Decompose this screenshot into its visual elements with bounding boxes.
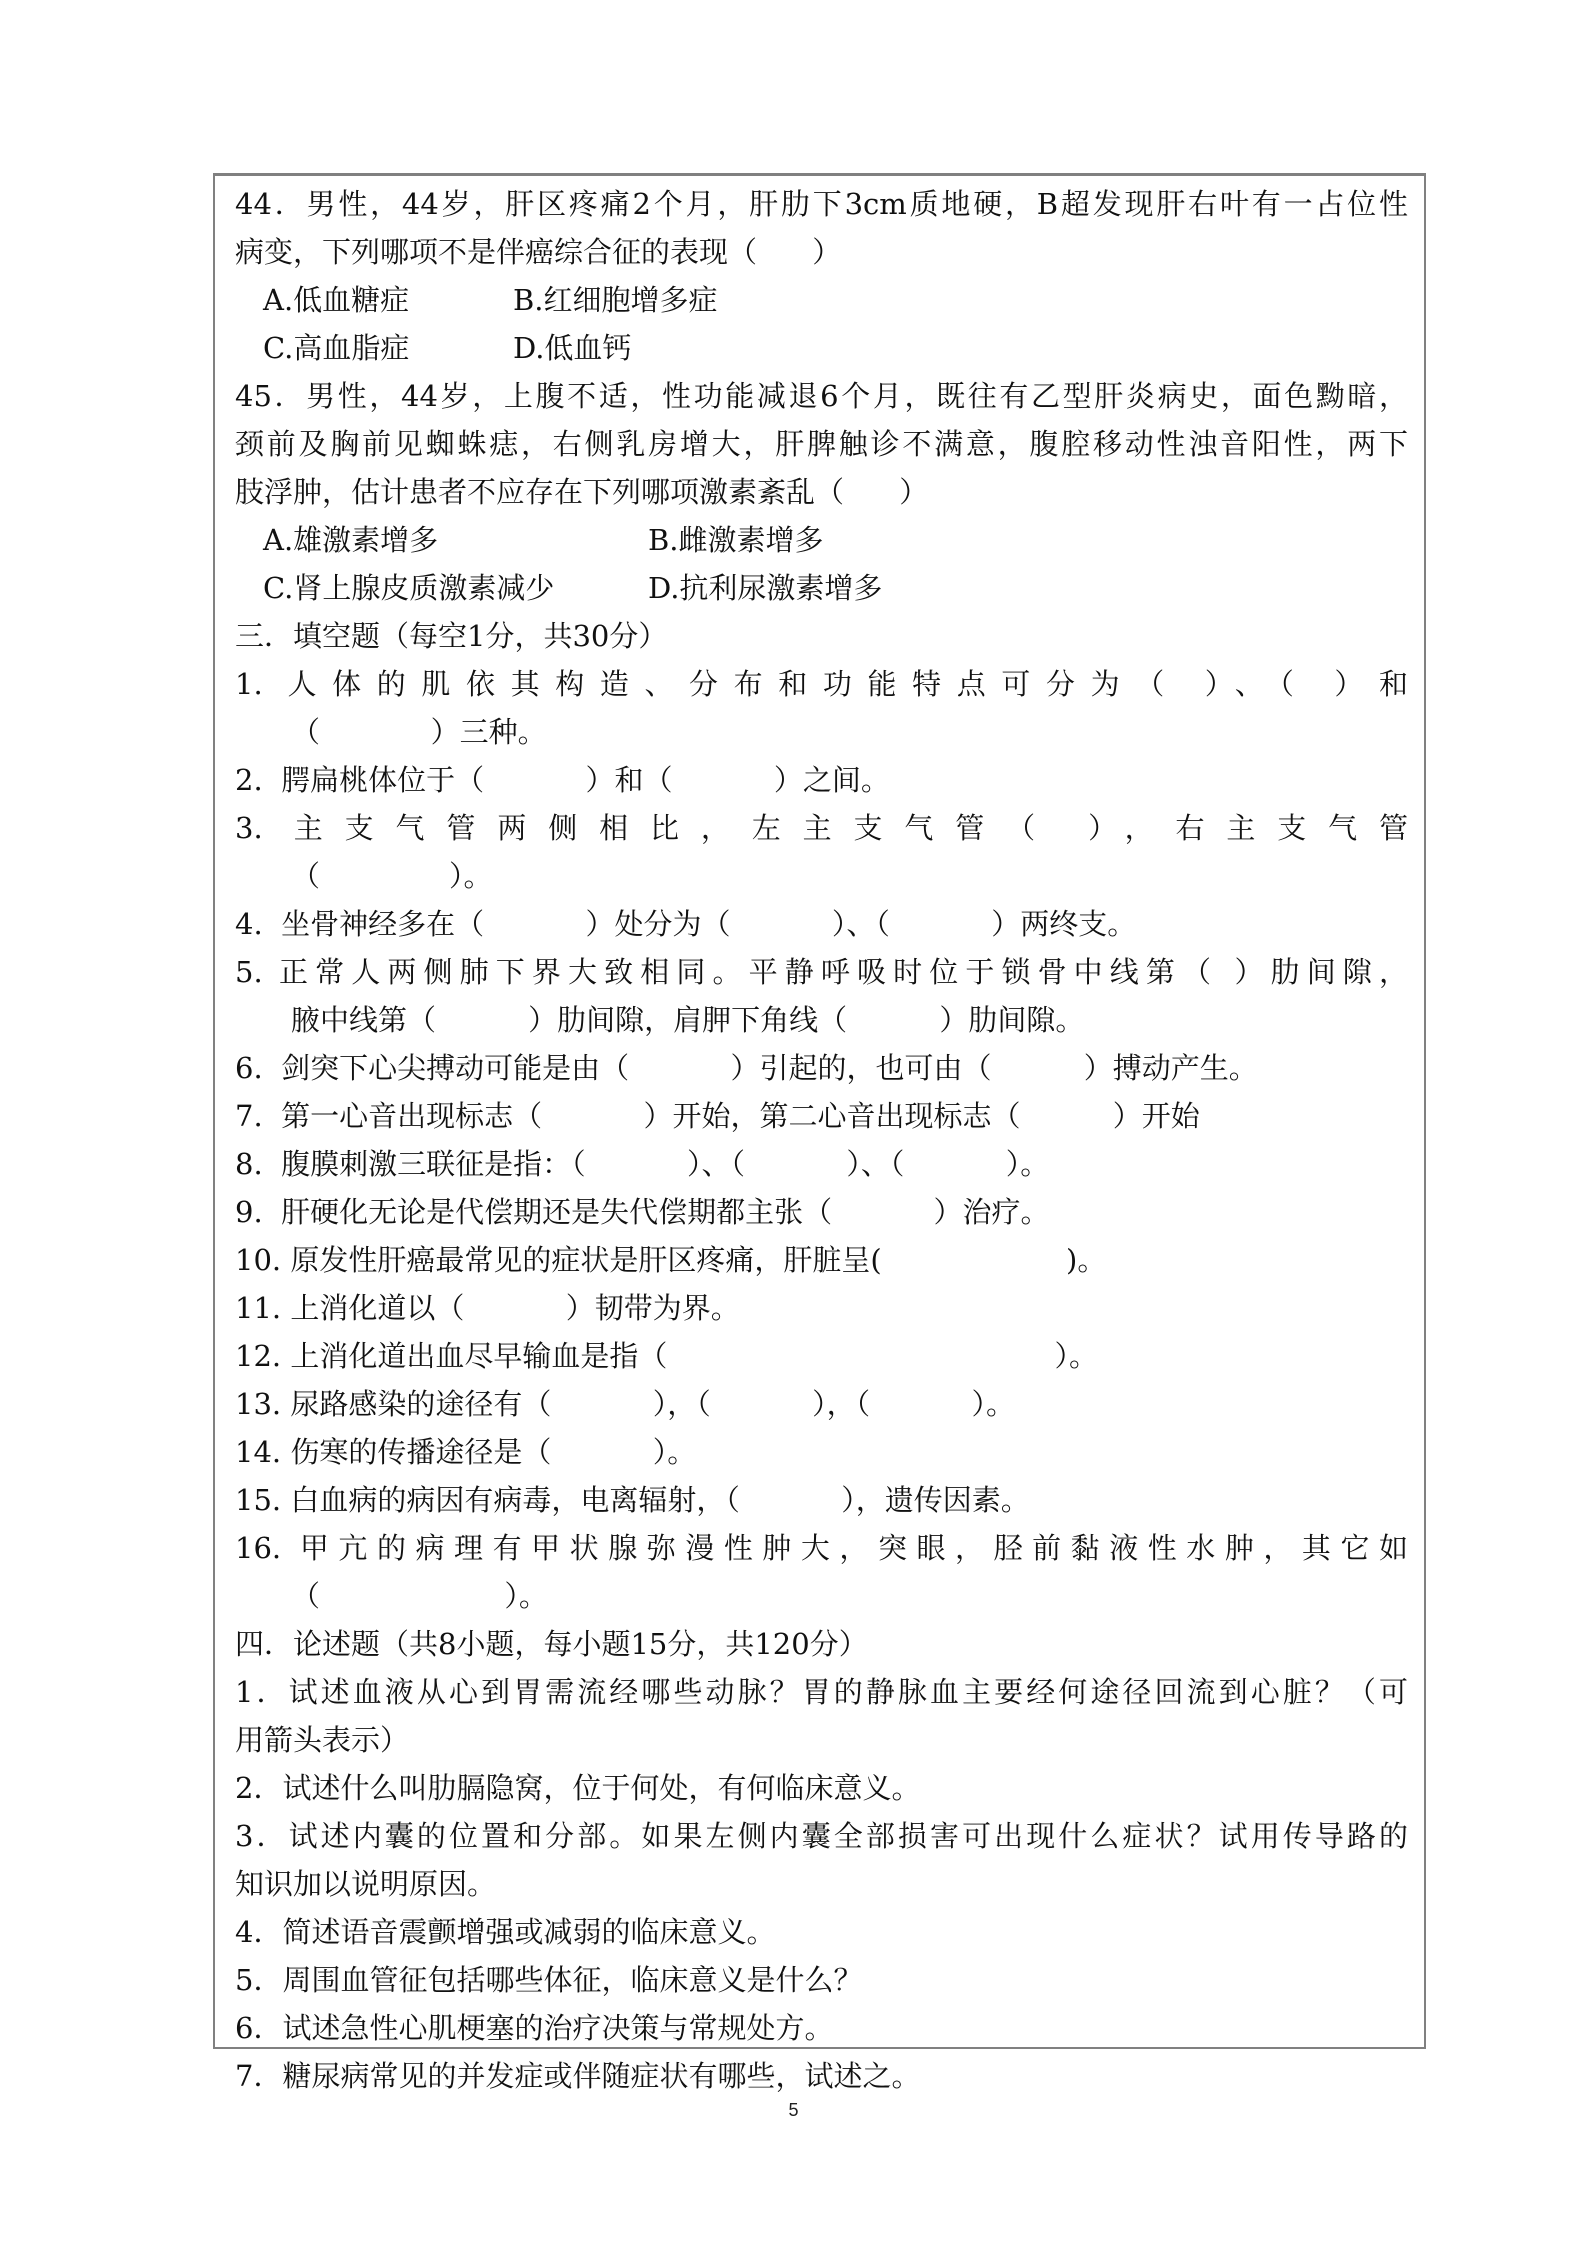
fill-item-2: 2. 腭扁桃体位于（ ）和（ ）之间。 — [235, 756, 1408, 804]
fill-item-8: 8. 腹膜刺激三联征是指：（ ）、（ ）、（ ）。 — [235, 1140, 1408, 1188]
fill-item-7: 7. 第一心音出现标志（ ）开始，第二心音出现标志（ ）开始 — [235, 1092, 1408, 1140]
option-d: D.低血钙 — [513, 324, 631, 372]
fill-item-16: 16. 甲亢的病理有甲状腺弥漫性肿大，突眼，胫前黏液性水肿，其它如 — [235, 1524, 1408, 1572]
essay-item-3-cont: 知识加以说明原因。 — [235, 1860, 1408, 1908]
fill-item-12: 12. 上消化道出血尽早输血是指（ ）。 — [235, 1332, 1408, 1380]
fill-item-10: 10. 原发性肝癌最常见的症状是肝区疼痛，肝脏呈( )。 — [235, 1236, 1408, 1284]
essay-item-5: 5．周围血管征包括哪些体征，临床意义是什么？ — [235, 1956, 1408, 2004]
question-table-border: 44．男性，44岁，肝区疼痛2个月，肝肋下3cm质地硬，B超发现肝右叶有一占位性… — [213, 173, 1426, 2049]
option-c: C.肾上腺皮质激素减少 — [263, 564, 648, 612]
options-row: C.肾上腺皮质激素减少 D.抗利尿激素增多 — [235, 564, 1408, 612]
question-content: 44．男性，44岁，肝区疼痛2个月，肝肋下3cm质地硬，B超发现肝右叶有一占位性… — [235, 180, 1408, 2100]
mcq-45: 45．男性，44岁，上腹不适，性功能减退6个月，既往有乙型肝炎病史，面色黝暗， … — [235, 372, 1408, 612]
essay-item-2: 2．试述什么叫肋膈隐窝，位于何处，有何临床意义。 — [235, 1764, 1408, 1812]
fill-item-11: 11. 上消化道以（ ）韧带为界。 — [235, 1284, 1408, 1332]
option-c: C.高血脂症 — [263, 324, 513, 372]
fill-item-1-cont: （ ）三种。 — [235, 708, 1408, 756]
fill-item-3-cont: （ ）。 — [235, 852, 1408, 900]
option-d: D.抗利尿激素增多 — [648, 564, 882, 612]
options-row: C.高血脂症 D.低血钙 — [235, 324, 1408, 372]
question-stem-line: 病变，下列哪项不是伴癌综合征的表现（ ） — [235, 228, 1408, 276]
fill-item-16-cont: （ ）。 — [235, 1572, 1408, 1620]
fill-item-15: 15. 白血病的病因有病毒，电离辐射，（ ），遗传因素。 — [235, 1476, 1408, 1524]
essay-item-1: 1．试述血液从心到胃需流经哪些动脉？胃的静脉血主要经何途径回流到心脏？（可 — [235, 1668, 1408, 1716]
option-a: A.低血糖症 — [263, 276, 513, 324]
fill-item-13: 13. 尿路感染的途径有（ ），（ ），（ ）。 — [235, 1380, 1408, 1428]
option-b: B.红细胞增多症 — [513, 276, 718, 324]
essay-item-1-cont: 用箭头表示） — [235, 1716, 1408, 1764]
essay-item-4: 4．简述语音震颤增强或减弱的临床意义。 — [235, 1908, 1408, 1956]
fill-item-9: 9. 肝硬化无论是代偿期还是失代偿期都主张（ ）治疗。 — [235, 1188, 1408, 1236]
section-heading-fill-in: 三．填空题（每空1分，共30分） — [235, 612, 1408, 660]
question-stem-line: 44．男性，44岁，肝区疼痛2个月，肝肋下3cm质地硬，B超发现肝右叶有一占位性 — [235, 180, 1408, 228]
fill-item-3: 3. 主支气管两侧相比，左主支气管（ ），右主支气管 — [235, 804, 1408, 852]
mcq-44: 44．男性，44岁，肝区疼痛2个月，肝肋下3cm质地硬，B超发现肝右叶有一占位性… — [235, 180, 1408, 372]
fill-item-4: 4. 坐骨神经多在（ ）处分为（ ）、（ ）两终支。 — [235, 900, 1408, 948]
fill-item-5: 5. 正常人两侧肺下界大致相同。平静呼吸时位于锁骨中线第（ ）肋间隙， — [235, 948, 1408, 996]
essay-item-6: 6．试述急性心肌梗塞的治疗决策与常规处方。 — [235, 2004, 1408, 2052]
page-number: 5 — [0, 2100, 1587, 2121]
option-a: A.雄激素增多 — [263, 516, 648, 564]
fill-item-14: 14. 伤寒的传播途径是（ ）。 — [235, 1428, 1408, 1476]
fill-item-5-cont: 腋中线第（ ）肋间隙，肩胛下角线（ ）肋间隙。 — [235, 996, 1408, 1044]
essay-item-3: 3．试述内囊的位置和分部。如果左侧内囊全部损害可出现什么症状？试用传导路的 — [235, 1812, 1408, 1860]
section-heading-essay: 四．论述题（共8小题，每小题15分，共120分） — [235, 1620, 1408, 1668]
option-b: B.雌激素增多 — [648, 516, 824, 564]
options-row: A.雄激素增多 B.雌激素增多 — [235, 516, 1408, 564]
fill-item-6: 6. 剑突下心尖搏动可能是由（ ）引起的，也可由（ ）搏动产生。 — [235, 1044, 1408, 1092]
fill-in-items: 1. 人体的肌依其构造、分布和功能特点可分为（ ）、（ ）和 （ ）三种。 2.… — [235, 660, 1408, 1620]
question-stem-line: 45．男性，44岁，上腹不适，性功能减退6个月，既往有乙型肝炎病史，面色黝暗， — [235, 372, 1408, 420]
question-stem-line: 颈前及胸前见蜘蛛痣，右侧乳房增大，肝脾触诊不满意，腹腔移动性浊音阳性，两下 — [235, 420, 1408, 468]
essay-item-7: 7．糖尿病常见的并发症或伴随症状有哪些，试述之。 — [235, 2052, 1408, 2100]
fill-item-1: 1. 人体的肌依其构造、分布和功能特点可分为（ ）、（ ）和 — [235, 660, 1408, 708]
question-stem-line: 肢浮肿，估计患者不应存在下列哪项激素紊乱（ ） — [235, 468, 1408, 516]
options-row: A.低血糖症 B.红细胞增多症 — [235, 276, 1408, 324]
essay-items: 1．试述血液从心到胃需流经哪些动脉？胃的静脉血主要经何途径回流到心脏？（可 用箭… — [235, 1668, 1408, 2100]
